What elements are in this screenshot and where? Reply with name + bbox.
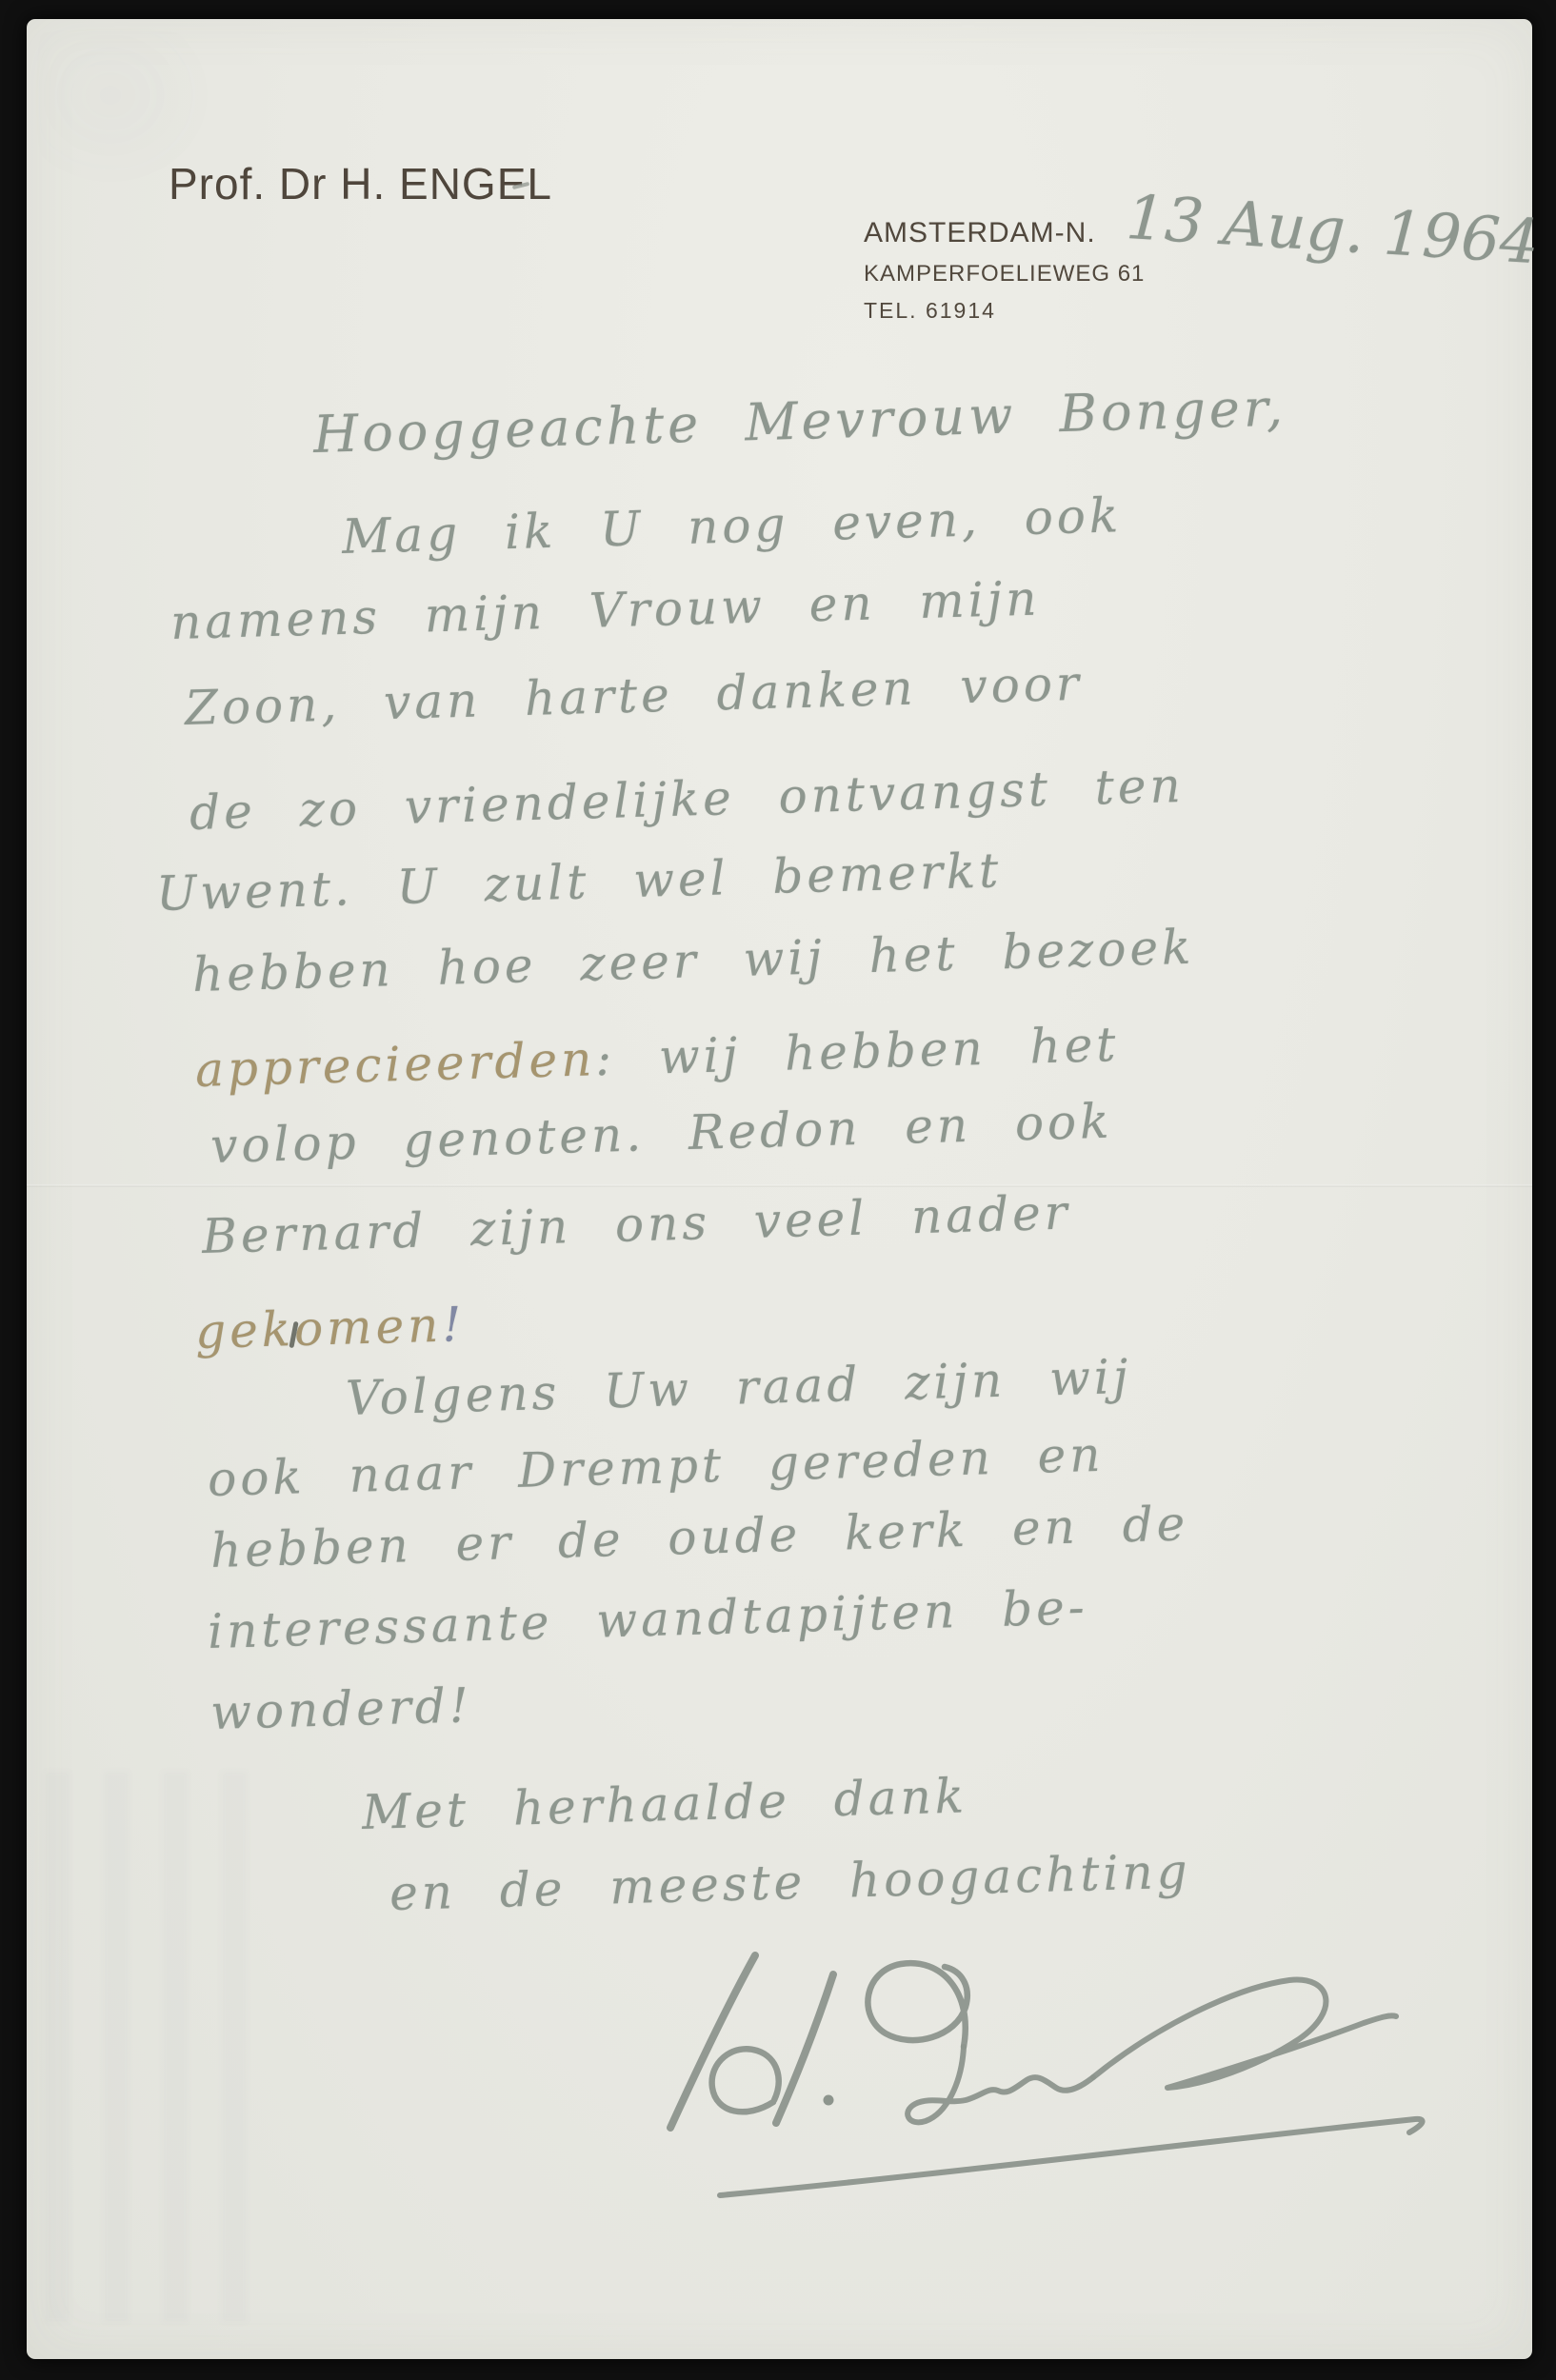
line-text: volop genoten. Redon en ook <box>209 1094 1113 1174</box>
line-text: namens mijn Vrouw en mijn <box>170 571 1041 650</box>
handwritten-line-10: gekomen! <box>194 1295 466 1361</box>
line-text: Bernard zijn ons veel nader <box>201 1185 1071 1264</box>
exclamation-mark: ! <box>441 1297 466 1353</box>
handwritten-line-6: hebben hoe zeer wij het bezoek <box>191 918 1195 1004</box>
line-text: Uwent. U zult wel bemerkt <box>155 843 1003 922</box>
line-text: Met herhaalde dank <box>361 1768 968 1840</box>
handwritten-line-16: Met herhaalde dank <box>361 1766 968 1842</box>
handwritten-date: 13 Aug. 1964 <box>1124 183 1540 278</box>
handwritten-line-11: Volgens Uw raad zijn wij <box>345 1347 1132 1428</box>
handwritten-line-13: hebben er de oude kerk en de <box>209 1494 1189 1580</box>
handwritten-line-7: apprecieerden: wij hebben het <box>194 1015 1120 1100</box>
handwritten-line-5: Uwent. U zult wel bemerkt <box>155 841 1003 923</box>
line-text: wonderd! <box>209 1677 472 1740</box>
signature-underline <box>720 2119 1423 2195</box>
handwritten-line-15: wonderd! <box>209 1676 472 1742</box>
letter-paper: Prof. Dr H. ENGEL AMSTERDAM-N. KAMPERFOE… <box>27 19 1532 2359</box>
handwritten-line-2: namens mijn Vrouw en mijn <box>170 569 1041 652</box>
handwritten-line-12: ook naar Drempt gereden en <box>207 1425 1105 1509</box>
line-text: Zoon, van harte danken voor <box>184 656 1083 736</box>
fold-crease <box>27 1184 1532 1187</box>
line-text: interessante wandtapijten be- <box>207 1579 1088 1659</box>
line-text: ook naar Drempt gereden en <box>207 1427 1105 1507</box>
handwritten-line-14: interessante wandtapijten be- <box>207 1577 1088 1661</box>
handwritten-line-9: Bernard zijn ons veel nader <box>201 1183 1071 1266</box>
faded-brown-word: apprecieerden <box>194 1031 596 1098</box>
scan-background: Prof. Dr H. ENGEL AMSTERDAM-N. KAMPERFOE… <box>0 0 1556 2380</box>
salutation: Hooggeachte Mevrouw Bonger, <box>312 377 1287 465</box>
line-text: de zo vriendelijke ontvangst ten <box>189 758 1185 841</box>
line-text: Volgens Uw raad zijn wij <box>345 1349 1132 1426</box>
line-text: hebben er de oude kerk en de <box>209 1496 1189 1578</box>
handwritten-line-8: volop genoten. Redon en ook <box>209 1092 1113 1176</box>
signature <box>628 1933 1447 2237</box>
faded-brown-word: gekomen <box>194 1298 443 1359</box>
letterhead-phone: TEL. 61914 <box>864 298 1145 324</box>
letterhead-street: KAMPERFOELIEWEG 61 <box>864 261 1145 288</box>
paper-showthrough-bottom <box>44 1771 263 2323</box>
letterhead-sender-name: Prof. Dr H. ENGEL <box>169 158 552 209</box>
handwritten-line-17: en de meeste hoogachting <box>389 1842 1191 1923</box>
line-text: Mag ik U nog even, ook <box>341 487 1123 565</box>
line-text: en de meeste hoogachting <box>389 1844 1191 1921</box>
handwritten-line-4: de zo vriendelijke ontvangst ten <box>189 756 1185 843</box>
line-text: hebben hoe zeer wij het bezoek <box>191 920 1195 1002</box>
letterhead-address-block: AMSTERDAM-N. KAMPERFOELIEWEG 61 TEL. 619… <box>864 217 1145 324</box>
handwritten-line-3: Zoon, van harte danken voor <box>184 654 1083 738</box>
handwritten-line-1: Mag ik U nog even, ook <box>341 486 1123 566</box>
line-text: : wij hebben het <box>594 1017 1120 1086</box>
letterhead-city: AMSTERDAM-N. <box>864 217 1145 249</box>
